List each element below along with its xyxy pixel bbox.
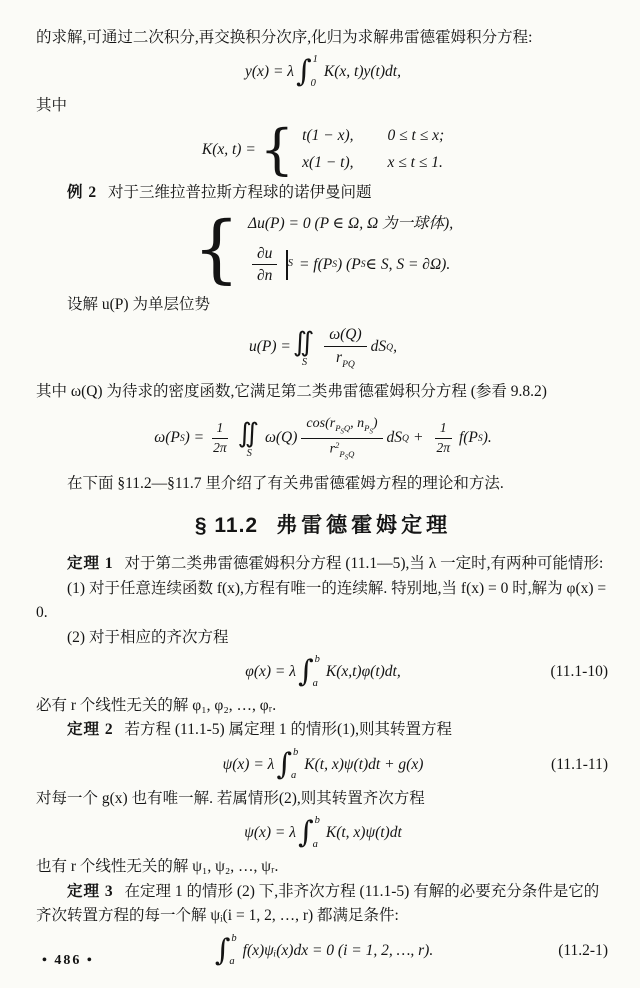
case1-paragraph: (1) 对于任意连续函数 f(x),方程有唯一的连续解. 特别地,当 f(x) … — [36, 577, 610, 626]
fraction-numerator: ∂u — [252, 244, 277, 265]
lower-limit: 0 — [311, 79, 318, 90]
equation-rhs: K(t, x)ψ(t)dt — [326, 821, 402, 845]
system-cases: { Δu(P) = 0 (P ∈ Ω, Ω 为一球体), ∂u ∂n S = f… — [193, 212, 453, 285]
fraction-denominator: rPQ — [331, 347, 360, 371]
kernel-fraction: cos(rPSQ, nPS) r2PSQ — [301, 415, 382, 463]
omega-lhs-post: ) = — [185, 426, 205, 450]
equation-lhs: ψ(x) = λ — [244, 821, 296, 845]
subscript: PSQ — [339, 449, 354, 459]
double-integral-sign: ∬ — [293, 327, 314, 358]
f-term: f(P — [459, 426, 478, 450]
page-number: • 486 • — [42, 950, 94, 972]
upper-limit: 1 — [313, 55, 318, 66]
integral-sign: ∫ — [296, 57, 312, 87]
transposed-homogeneous-equation: ψ(x) = λ ∫ b a K(t, x)ψ(t)dt — [36, 816, 610, 850]
homogeneous-equation-11-1-10: φ(x) = λ ∫ b a K(x,t)φ(t)dt, (11.1-10) — [36, 655, 610, 689]
lower-limit: a — [229, 957, 236, 968]
integral-sign: ∫ — [298, 657, 314, 687]
solutions-phi-paragraph: 必有 r 个线性无关的解 φ₁, φ₂, …, φᵣ. — [36, 694, 610, 718]
case1-expr: t(1 − x), — [302, 124, 353, 148]
kernel-lhs: K(x, t) = — [202, 138, 256, 162]
integral-sign: ∫ — [298, 818, 314, 848]
case2-paragraph: (2) 对于相应的齐次方程 — [36, 626, 610, 650]
potential-lhs: u(P) = — [249, 335, 291, 359]
subscript: PS — [364, 423, 373, 433]
close-paren: ) — [373, 416, 378, 431]
fredholm-equation-y: y(x) = λ ∫ 1 0 K(x, t)y(t)dt, — [36, 55, 610, 89]
case2-expr: x(1 − t), — [302, 151, 353, 175]
orthogonality-condition-11-2-1: ∫ b a f(x)ψᵢ(x)dx = 0 (i = 1, 2, …, r). … — [36, 934, 610, 968]
neumann-rhs-pre: = f(P — [299, 253, 332, 277]
intro-paragraph: 的求解,可通过二次积分,再交换积分次序,化归为求解弗雷德霍姆积分方程: — [36, 26, 610, 50]
system-rows: Δu(P) = 0 (P ∈ Ω, Ω 为一球体), ∂u ∂n S = f(P… — [248, 212, 453, 285]
density-paragraph: 其中 ω(Q) 为待求的密度函数,它满足第二类弗雷德霍姆积分方程 (参看 9.8… — [36, 380, 610, 404]
theorem3-label: 定理 3 — [67, 883, 114, 900]
density-function: ω(Q) — [265, 426, 297, 450]
lower-limit: a — [313, 840, 320, 851]
evaluation-bar-subscript: S — [288, 256, 293, 273]
upper-limit: b — [293, 748, 298, 759]
double-integral-with-sub: ∬ S — [238, 420, 261, 456]
fraction-denominator: r2PSQ — [325, 439, 360, 462]
integral-with-limits: ∫ b a — [298, 816, 324, 850]
brace-symbol: { — [260, 126, 294, 175]
integral-with-limits: ∫ 1 0 — [296, 55, 322, 89]
solutions-psi-paragraph: 也有 r 个线性无关的解 ψ₁, ψ₂, …, ψᵣ. — [36, 855, 610, 879]
case2-cond: x ≤ t ≤ 1. — [388, 151, 445, 175]
example2-text: 对于三维拉普拉斯方程球的诺伊曼问题 — [108, 184, 372, 201]
integral-with-limits: ∫ b a — [298, 655, 324, 689]
integral-limits: b a — [231, 934, 236, 968]
transition-paragraph: 在下面 §11.2—§11.7 里介绍了有关弗雷德霍姆方程的理论和方法. — [36, 472, 610, 496]
integral-limits: b a — [315, 816, 320, 850]
equation-rhs: f(x)ψᵢ(x)dx = 0 (i = 1, 2, …, r). — [243, 939, 434, 963]
equation-rhs: K(x, t)y(t)dt, — [324, 60, 401, 84]
where-label-1: 其中 — [36, 94, 610, 118]
omega-integral-equation: ω(PS) = 1 2π ∬ S ω(Q) cos(rPSQ, nPS) r2P… — [36, 415, 610, 463]
neumann-line: ∂u ∂n S = f(PS) (PS ∈ S, S = ∂Ω). — [248, 244, 450, 286]
equation-lhs: ψ(x) = λ — [223, 753, 275, 777]
half-pi-fraction: 1 2π — [431, 420, 455, 457]
unique-solution-paragraph: 对每一个 g(x) 也有唯一解. 若属情形(2),则其转置齐次方程 — [36, 787, 610, 811]
case1-cond: 0 ≤ t ≤ x; — [388, 124, 445, 148]
theorem3-text: 在定理 1 的情形 (2) 下,非齐次方程 (11.1-5) 有解的必要充分条件… — [36, 883, 599, 924]
f-term-close: ). — [483, 426, 492, 450]
upper-limit: b — [315, 816, 320, 827]
kernel-definition-equation: K(x, t) = { t(1 − x), 0 ≤ t ≤ x; x(1 − t… — [36, 124, 610, 176]
equation-lhs: φ(x) = λ — [245, 660, 296, 684]
half-pi-fraction: 1 2π — [208, 420, 232, 457]
neumann-rhs-post: ∈ S, S = ∂Ω). — [365, 253, 450, 277]
fraction-numerator: 1 — [435, 420, 452, 439]
integral-sign: ∫ — [276, 750, 292, 780]
fraction-numerator: cos(rPSQ, nPS) — [301, 415, 382, 439]
subscript: Q — [386, 340, 393, 355]
theorem1-text: 对于第二类弗雷德霍姆积分方程 (11.1—5),当 λ 一定时,有两种可能情形: — [124, 555, 603, 572]
equation-number-11-1-10: (11.1-10) — [550, 660, 608, 684]
theorem1-paragraph: 定理 1对于第二类弗雷德霍姆积分方程 (11.1—5),当 λ 一定时,有两种可… — [36, 552, 610, 576]
integral-with-limits: ∫ b a — [276, 748, 302, 782]
scanned-textbook-page: { "symbols": { "integral": "∫", "double_… — [0, 0, 640, 988]
single-layer-paragraph: 设解 u(P) 为单层位势 — [36, 293, 610, 317]
theorem2-text: 若方程 (11.1-5) 属定理 1 的情形(1),则其转置方程 — [124, 721, 451, 738]
theorem2-paragraph: 定理 2若方程 (11.1-5) 属定理 1 的情形(1),则其转置方程 — [36, 718, 610, 742]
equation-rhs: K(x,t)φ(t)dt, — [326, 660, 401, 684]
integral-limits: b a — [293, 748, 298, 782]
theorem1-label: 定理 1 — [67, 555, 114, 572]
lower-limit: a — [313, 679, 320, 690]
equation-lhs: y(x) = λ — [245, 60, 294, 84]
integral-limits: 1 0 — [313, 55, 318, 89]
section-heading: § 11.2弗雷德霍姆定理 — [36, 509, 610, 542]
equation-number-11-1-11: (11.1-11) — [551, 753, 608, 777]
fraction-denominator: 2π — [431, 439, 455, 457]
equation-number-11-2-1: (11.2-1) — [558, 939, 608, 963]
comma: , — [393, 335, 397, 359]
neumann-problem-system: { Δu(P) = 0 (P ∈ Ω, Ω 为一球体), ∂u ∂n S = f… — [36, 212, 610, 285]
plus-sign: + — [413, 426, 423, 450]
omega-lhs: ω(P — [154, 426, 180, 450]
transposed-equation-11-1-11: ψ(x) = λ ∫ b a K(t, x)ψ(t)dt + g(x) (11.… — [36, 748, 610, 782]
integral-limits: b a — [315, 655, 320, 689]
equation-rhs: K(t, x)ψ(t)dt + g(x) — [304, 753, 423, 777]
cos-term: cos(r — [306, 416, 335, 431]
subscript: Q — [402, 431, 409, 446]
density-fraction: ω(Q) rPQ — [324, 325, 366, 370]
laplace-line: Δu(P) = 0 (P ∈ Ω, Ω 为一球体), — [248, 212, 453, 236]
double-integral-sign: ∬ — [238, 418, 259, 449]
example2-label: 例 2 — [67, 184, 97, 201]
neumann-rhs-mid: ) (P — [337, 253, 361, 277]
surface-element: dS — [387, 426, 403, 450]
integral-with-limits: ∫ b a — [215, 934, 241, 968]
fraction-denominator: 2π — [208, 439, 232, 457]
double-integral-subscript: S — [247, 446, 252, 463]
integral-sign: ∫ — [215, 936, 231, 966]
fraction-denominator: ∂n — [252, 265, 277, 285]
upper-limit: b — [315, 655, 320, 666]
potential-equation: u(P) = ∬ S ω(Q) rPQ dSQ, — [36, 325, 610, 370]
double-integral-subscript: S — [302, 355, 307, 372]
piecewise-cases: { t(1 − x), 0 ≤ t ≤ x; x(1 − t), x ≤ t ≤… — [260, 124, 444, 176]
example2-paragraph: 例 2对于三维拉普拉斯方程球的诺伊曼问题 — [36, 181, 610, 205]
upper-limit: b — [231, 934, 236, 945]
fraction-numerator: 1 — [212, 420, 229, 439]
partial-derivative-fraction: ∂u ∂n — [252, 244, 277, 286]
normal-term: , n — [350, 416, 364, 431]
fraction-numerator: ω(Q) — [324, 325, 366, 346]
subscript: PSQ — [335, 423, 350, 433]
double-integral-with-sub: ∬ S — [293, 329, 316, 365]
theorem3-paragraph: 定理 3在定理 1 的情形 (2) 下,非齐次方程 (11.1-5) 有解的必要… — [36, 880, 610, 929]
subscript: PQ — [342, 358, 355, 369]
section-title: 弗雷德霍姆定理 — [276, 514, 451, 537]
lower-limit: a — [291, 771, 298, 782]
theorem2-label: 定理 2 — [67, 721, 114, 738]
brace-symbol: { — [193, 216, 240, 283]
surface-element: dS — [371, 335, 387, 359]
cases-grid: t(1 − x), 0 ≤ t ≤ x; x(1 − t), x ≤ t ≤ 1… — [302, 124, 444, 176]
section-number: § 11.2 — [195, 514, 258, 537]
